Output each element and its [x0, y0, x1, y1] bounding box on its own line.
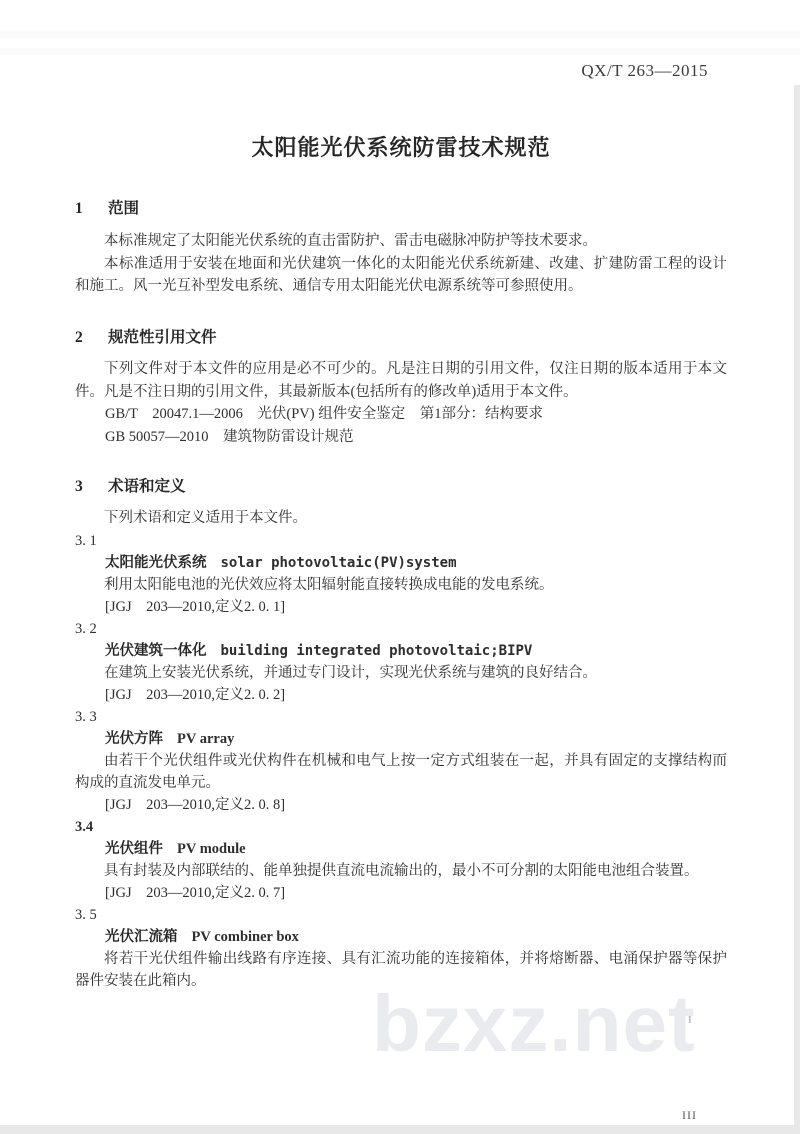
- term-name-line: 光伏组件PV module: [75, 838, 727, 860]
- term-block: 3. 1 太阳能光伏系统solar photovoltaic(PV)system…: [75, 530, 727, 618]
- term-source: [JGJ 203—2010,定义2. 0. 1]: [75, 596, 727, 618]
- term-en: building integrated photovoltaic;BIPV: [221, 643, 533, 659]
- term-block: 3. 5 光伏汇流箱PV combiner box 将若干光伏组件输出线路有序连…: [75, 904, 727, 992]
- section3-heading: 3术语和定义: [75, 474, 186, 496]
- section1-heading: 1范围: [75, 196, 139, 218]
- normative-reference: GB 50057—2010 建筑物防雷设计规范: [75, 426, 727, 449]
- section1-paragraph: 本标准适用于安装在地面和光伏建筑一体化的太阳能光伏系统新建、改建、扩建防雷工程的…: [75, 253, 727, 298]
- section3-intro: 下列术语和定义适用于本文件。: [75, 507, 727, 530]
- section2-body: 下列文件对于本文件的应用是必不可少的。凡是注日期的引用文件，仅注日期的版本适用于…: [75, 358, 727, 448]
- normative-reference: GB/T 20047.1—2006 光伏(PV) 组件安全鉴定 第1部分：结构要…: [75, 403, 727, 426]
- term-source: [JGJ 203—2010,定义2. 0. 2]: [75, 684, 727, 706]
- term-block: 3. 3 光伏方阵PV array 由若干个光伏组件或光伏构件在机械和电气上按一…: [75, 706, 727, 816]
- term-en: PV combiner box: [192, 929, 299, 945]
- section2-number: 2: [75, 329, 108, 347]
- section3-heading-label: 术语和定义: [108, 478, 186, 495]
- terms-list: 3. 1 太阳能光伏系统solar photovoltaic(PV)system…: [75, 530, 727, 992]
- term-name-line: 太阳能光伏系统solar photovoltaic(PV)system: [75, 552, 727, 574]
- term-number: 3.4: [75, 816, 727, 838]
- term-definition: 具有封装及内部联结的、能单独提供直流电流输出的，最小不可分割的太阳能电池组合装置…: [75, 860, 727, 882]
- term-definition: 利用太阳能电池的光伏效应将太阳辐射能直接转换成电能的发电系统。: [75, 574, 727, 596]
- document-title: 太阳能光伏系统防雷技术规范: [75, 131, 727, 162]
- section2-heading: 2规范性引用文件: [75, 325, 217, 347]
- term-block: 3. 2 光伏建筑一体化building integrated photovol…: [75, 618, 727, 706]
- term-number: 3. 2: [75, 618, 727, 640]
- page-number: III: [682, 1108, 697, 1123]
- term-zh: 太阳能光伏系统: [105, 555, 207, 571]
- term-en: PV module: [177, 841, 246, 857]
- term-zh: 光伏建筑一体化: [105, 643, 207, 659]
- term-source: [JGJ 203—2010,定义2. 0. 8]: [75, 794, 727, 816]
- term-zh: 光伏组件: [105, 841, 163, 857]
- term-number: 3. 1: [75, 530, 727, 552]
- term-definition: 将若干光伏组件输出线路有序连接、具有汇流功能的连接箱体，并将熔断器、电涌保护器等…: [75, 948, 727, 992]
- term-block: 3.4 光伏组件PV module 具有封装及内部联结的、能单独提供直流电流输出…: [75, 816, 727, 904]
- document-content: QX/T 263—2015 太阳能光伏系统防雷技术规范 1范围 本标准规定了太阳…: [0, 0, 800, 1134]
- term-name-line: 光伏建筑一体化building integrated photovoltaic;…: [75, 640, 727, 662]
- section3-number: 3: [75, 478, 108, 496]
- term-source: [JGJ 203—2010,定义2. 0. 7]: [75, 882, 727, 904]
- term-name-line: 光伏方阵PV array: [75, 728, 727, 750]
- term-definition: 由若干个光伏组件或光伏构件在机械和电气上按一定方式组装在一起，并具有固定的支撑结…: [75, 750, 727, 794]
- section1-paragraph: 本标准规定了太阳能光伏系统的直击雷防护、雷击电磁脉冲防护等技术要求。: [75, 230, 727, 253]
- term-number: 3. 5: [75, 904, 727, 926]
- standard-number: QX/T 263—2015: [75, 61, 708, 81]
- term-zh: 光伏汇流箱: [105, 929, 178, 945]
- document-page: bzxz.net QX/T 263—2015 太阳能光伏系统防雷技术规范 1范围…: [0, 0, 800, 1134]
- section2-paragraph: 下列文件对于本文件的应用是必不可少的。凡是注日期的引用文件，仅注日期的版本适用于…: [75, 358, 727, 403]
- section3-intro-paragraph: 下列术语和定义适用于本文件。: [75, 507, 727, 530]
- section1-body: 本标准规定了太阳能光伏系统的直击雷防护、雷击电磁脉冲防护等技术要求。 本标准适用…: [75, 230, 727, 298]
- text-cursor-mark: I: [688, 1014, 692, 1026]
- term-definition: 在建筑上安装光伏系统，并通过专门设计，实现光伏系统与建筑的良好结合。: [75, 662, 727, 684]
- term-en: PV array: [177, 731, 234, 747]
- section1-number: 1: [75, 200, 108, 218]
- term-en: solar photovoltaic(PV)system: [221, 555, 457, 571]
- term-name-line: 光伏汇流箱PV combiner box: [75, 926, 727, 948]
- term-zh: 光伏方阵: [105, 731, 163, 747]
- term-number: 3. 3: [75, 706, 727, 728]
- section2-heading-label: 规范性引用文件: [108, 329, 217, 346]
- section1-heading-label: 范围: [108, 200, 139, 217]
